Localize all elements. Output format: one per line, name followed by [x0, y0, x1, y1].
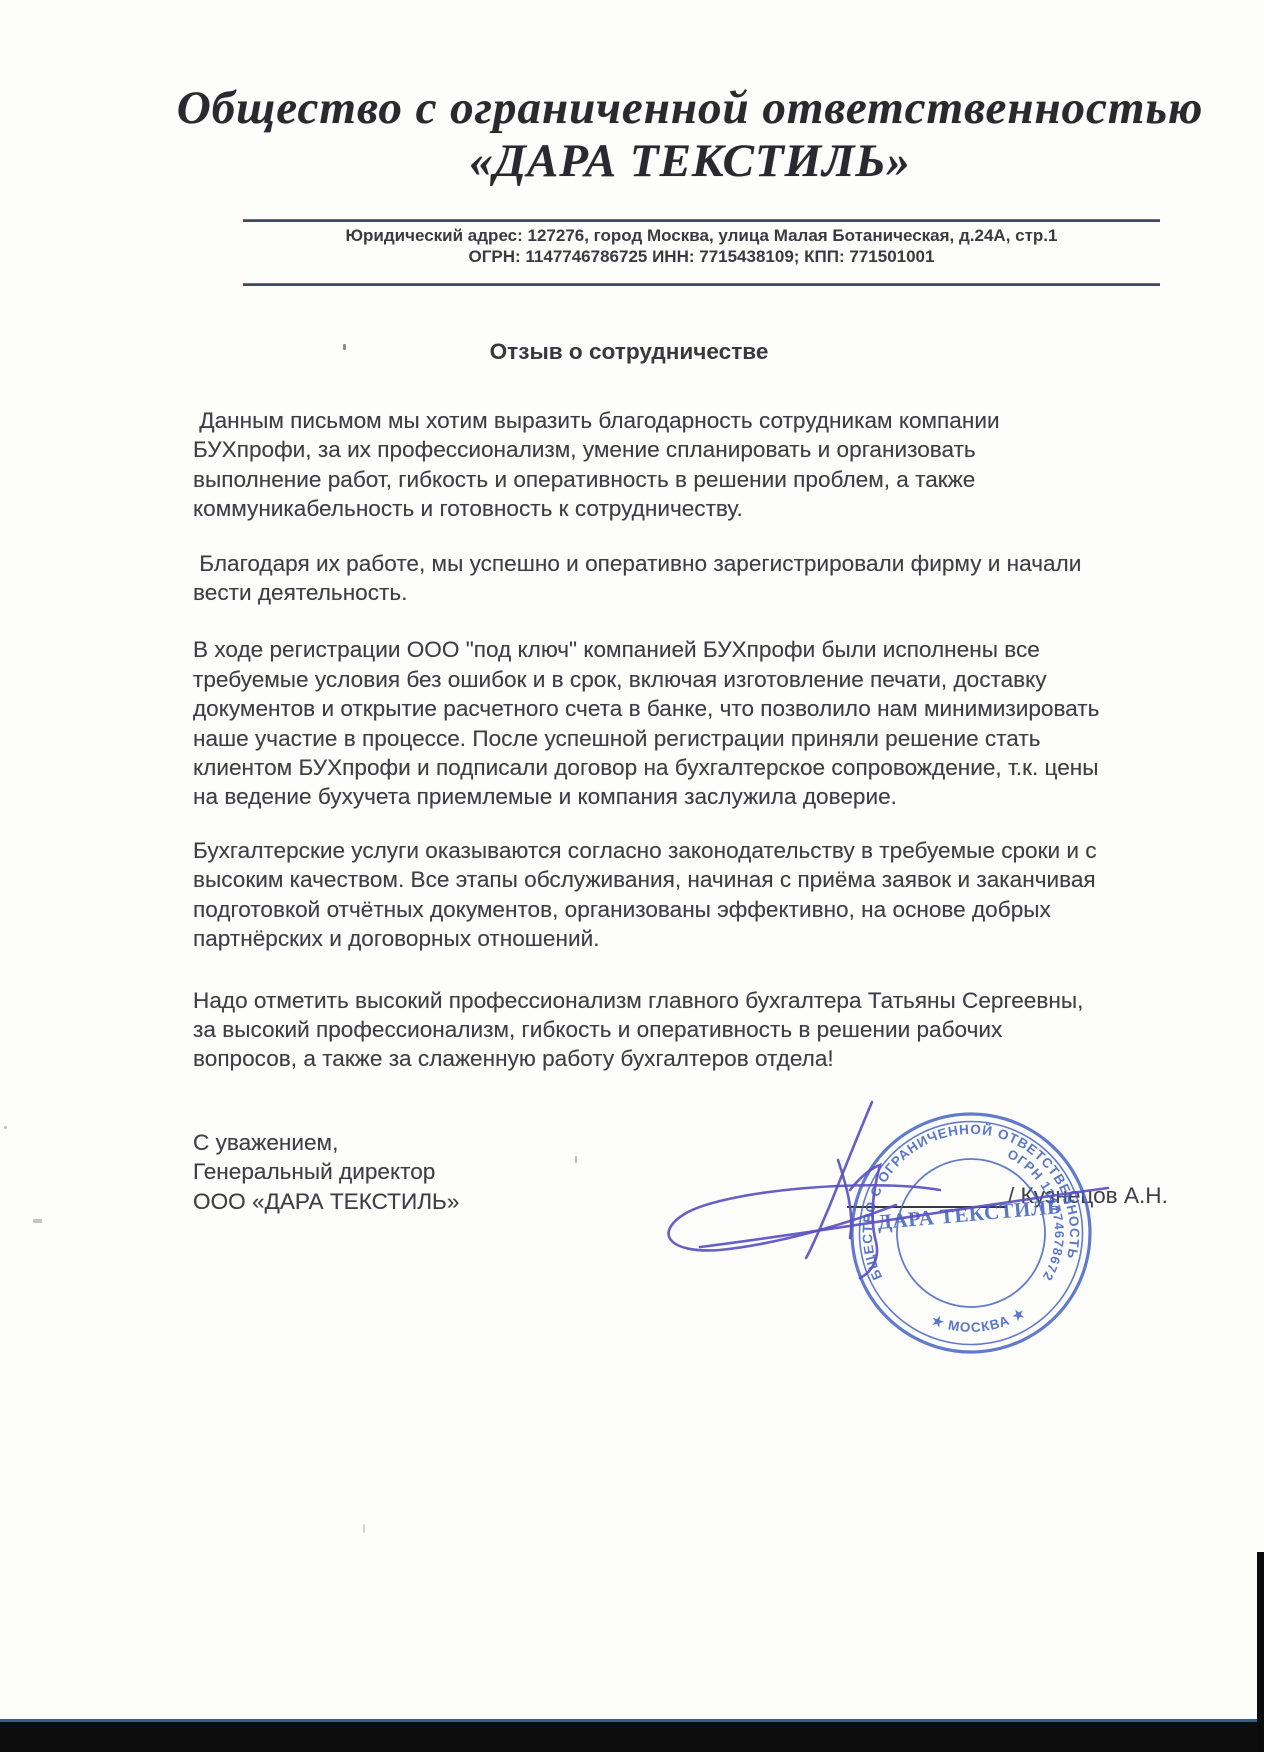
- body-line: клиентом БУХпрофи и подписали договор на…: [193, 753, 1099, 782]
- company-name-line: «ДАРА ТЕКСТИЛЬ»: [116, 135, 1264, 188]
- legal-address-line: Юридический адрес: 127276, город Москва,…: [243, 225, 1160, 246]
- scan-speck: [343, 344, 346, 350]
- company-header: Общество с ограниченной ответственностью…: [116, 82, 1264, 188]
- signature-stroke: [700, 1188, 1108, 1247]
- scan-speck: [363, 1524, 365, 1533]
- body-line: Данным письмом мы хотим выразить благода…: [193, 406, 1099, 435]
- body-paragraph: Данным письмом мы хотим выразить благода…: [193, 406, 1099, 524]
- body-line: вести деятельность.: [193, 578, 1099, 607]
- scan-speck: [33, 1219, 42, 1223]
- body-line: подготовкой отчётных документов, организ…: [193, 895, 1099, 924]
- body-line: Бухгалтерские услуги оказываются согласн…: [193, 836, 1099, 865]
- company-type-line: Общество с ограниченной ответственностью: [116, 82, 1264, 135]
- body-line: высоким качеством. Все этапы обслуживани…: [193, 865, 1099, 894]
- letter-title: Отзыв о сотрудничестве: [0, 339, 1258, 365]
- body-line: документов и открытие расчетного счета в…: [193, 694, 1099, 723]
- body-paragraph: Бухгалтерские услуги оказываются согласн…: [193, 836, 1099, 954]
- body-line: за высокий профессионализм, гибкость и о…: [193, 1015, 1099, 1044]
- body-line: вопросов, а также за слаженную работу бу…: [193, 1044, 1099, 1073]
- signoff-block: С уважением, Генеральный директор ООО «Д…: [193, 1128, 459, 1216]
- body-line: на ведение бухучета приемлемые и компани…: [193, 782, 1099, 811]
- signoff-position: Генеральный директор: [193, 1157, 459, 1186]
- letterhead-divider-bottom: [243, 283, 1160, 286]
- signoff-company: ООО «ДАРА ТЕКСТИЛЬ»: [193, 1187, 459, 1216]
- body-paragraph: Надо отметить высокий профессионализм гл…: [193, 986, 1099, 1074]
- letter-body: Данным письмом мы хотим выразить благода…: [193, 406, 1099, 1100]
- body-line: Благодаря их работе, мы успешно и операт…: [193, 549, 1099, 578]
- handwritten-signature: [620, 1080, 1140, 1310]
- letterhead-divider-top: [243, 219, 1160, 222]
- body-line: выполнение работ, гибкость и оперативнос…: [193, 465, 1099, 494]
- signature-stroke: [806, 1102, 872, 1258]
- scan-edge-right: [1257, 1552, 1264, 1752]
- body-line: коммуникабельность и готовность к сотруд…: [193, 494, 1099, 523]
- body-line: В ходе регистрации ООО "под ключ" компан…: [193, 635, 1099, 664]
- letterhead-address: Юридический адрес: 127276, город Москва,…: [243, 225, 1160, 267]
- body-line: БУХпрофи, за их профессионализм, умение …: [193, 435, 1099, 464]
- body-line: требуемые условия без ошибок и в срок, в…: [193, 665, 1099, 694]
- body-line: партнёрских и договорных отношений.: [193, 924, 1099, 953]
- signoff-salutation: С уважением,: [193, 1128, 459, 1157]
- body-paragraph: В ходе регистрации ООО "под ключ" компан…: [193, 635, 1099, 811]
- scan-speck: [575, 1156, 577, 1163]
- body-paragraph: Благодаря их работе, мы успешно и операт…: [193, 549, 1099, 608]
- scan-edge-bottom: [0, 1719, 1264, 1752]
- body-line: Надо отметить высокий профессионализм гл…: [193, 986, 1099, 1015]
- registration-numbers-line: ОГРН: 1147746786725 ИНН: 7715438109; КПП…: [243, 246, 1160, 267]
- scan-speck: [4, 1126, 7, 1129]
- body-line: наше участие в процессе. После успешной …: [193, 724, 1099, 753]
